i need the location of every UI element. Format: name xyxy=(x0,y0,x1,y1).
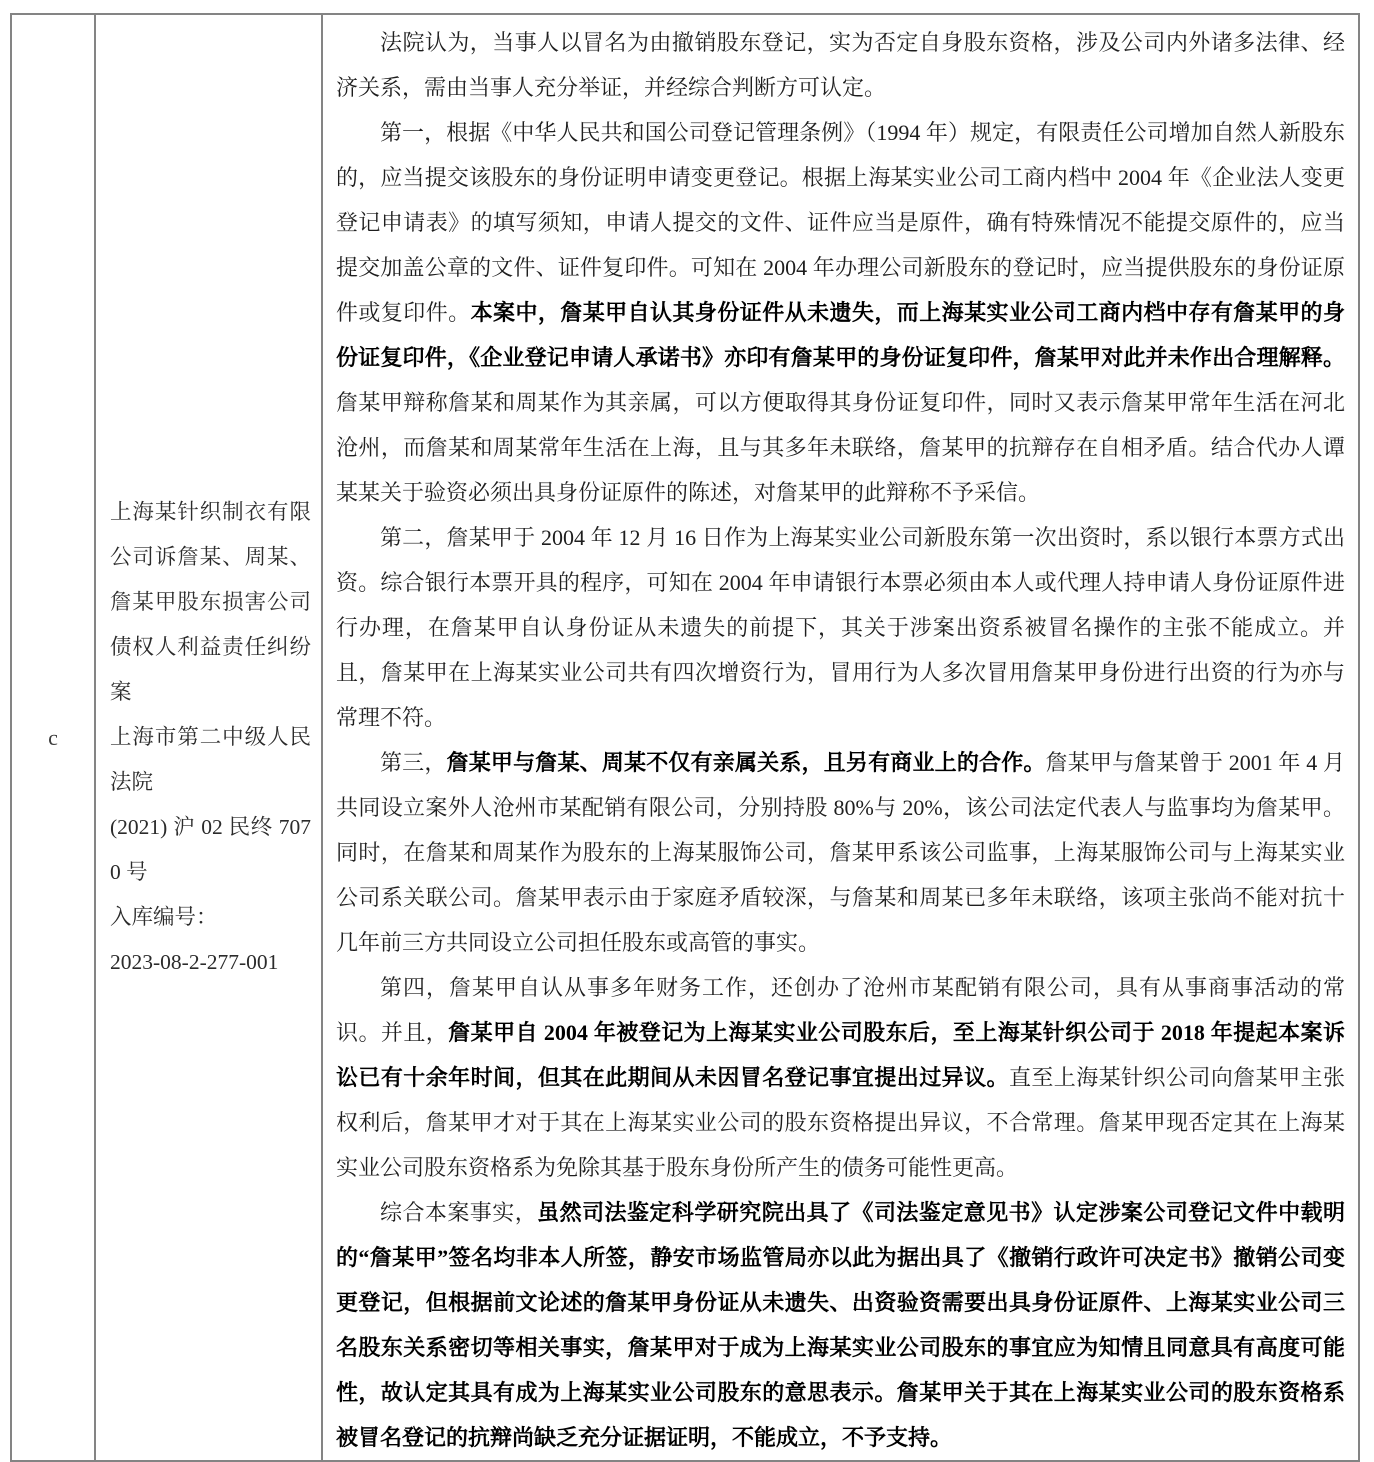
opinion-paragraph-4: 第三，詹某甲与詹某、周某不仅有亲属关系，且另有商业上的合作。詹某甲与詹某曾于 2… xyxy=(336,740,1345,965)
case-court: 上海市第二中级人民法院 xyxy=(110,715,311,805)
opinion-paragraph-3: 第二，詹某甲于 2004 年 12 月 16 日作为上海某实业公司新股东第一次出… xyxy=(336,515,1345,740)
text-run-bold: 詹某甲与詹某、周某不仅有亲属关系，且另有商业上的合作。 xyxy=(447,750,1046,775)
text-run: 法院认为，当事人以冒名为由撤销股东登记，实为否定自身股东资格，涉及公司内外诸多法… xyxy=(336,30,1345,100)
opinion-paragraph-5: 第四，詹某甲自认从事多年财务工作，还创办了沧州市某配销有限公司，具有从事商事活动… xyxy=(336,965,1345,1190)
text-run: 第一，根据《中华人民共和国公司登记管理条例》（1994 年）规定，有限责任公司增… xyxy=(336,120,1345,325)
court-opinion-cell: 法院认为，当事人以冒名为由撤销股东登记，实为否定自身股东资格，涉及公司内外诸多法… xyxy=(322,14,1359,1461)
entry-number: 2023-08-2-277-001 xyxy=(110,940,311,985)
text-run: 詹某甲与詹某曾于 2001 年 4 月共同设立案外人沧州市某配销有限公司，分别持… xyxy=(336,750,1345,955)
row-label: c xyxy=(48,725,58,750)
table-row: c 上海某针织制衣有限公司诉詹某、周某、詹某甲股东损害公司债权人利益责任纠纷案 … xyxy=(11,14,1359,1461)
entry-number-label: 入库编号： xyxy=(110,895,311,940)
row-label-cell: c xyxy=(11,14,95,1461)
text-run-bold: 本案中，詹某甲自认其身份证件从未遗失，而上海某实业公司工商内档中存有詹某甲的身份… xyxy=(336,300,1345,370)
case-table: c 上海某针织制衣有限公司诉詹某、周某、詹某甲股东损害公司债权人利益责任纠纷案 … xyxy=(10,13,1360,1462)
opinion-paragraph-2: 第一，根据《中华人民共和国公司登记管理条例》（1994 年）规定，有限责任公司增… xyxy=(336,110,1345,515)
document-page: c 上海某针织制衣有限公司诉詹某、周某、詹某甲股东损害公司债权人利益责任纠纷案 … xyxy=(0,0,1374,1450)
opinion-paragraph-1: 法院认为，当事人以冒名为由撤销股东登记，实为否定自身股东资格，涉及公司内外诸多法… xyxy=(336,20,1345,110)
opinion-paragraph-6: 综合本案事实，虽然司法鉴定科学研究院出具了《司法鉴定意见书》认定涉案公司登记文件… xyxy=(336,1190,1345,1460)
case-title: 上海某针织制衣有限公司诉詹某、周某、詹某甲股东损害公司债权人利益责任纠纷案 xyxy=(110,490,311,715)
case-number: (2021) 沪 02 民终 7070 号 xyxy=(110,805,311,895)
text-run: 综合本案事实， xyxy=(380,1200,537,1225)
case-info-cell: 上海某针织制衣有限公司诉詹某、周某、詹某甲股东损害公司债权人利益责任纠纷案 上海… xyxy=(95,14,322,1461)
text-run: 第三， xyxy=(380,750,447,775)
text-run-bold: 虽然司法鉴定科学研究院出具了《司法鉴定意见书》认定涉案公司登记文件中载明的“詹某… xyxy=(336,1200,1345,1450)
text-run: 詹某甲辩称詹某和周某作为其亲属，可以方便取得其身份证复印件，同时又表示詹某甲常年… xyxy=(336,390,1345,505)
text-run: 第二，詹某甲于 2004 年 12 月 16 日作为上海某实业公司新股东第一次出… xyxy=(336,525,1345,730)
